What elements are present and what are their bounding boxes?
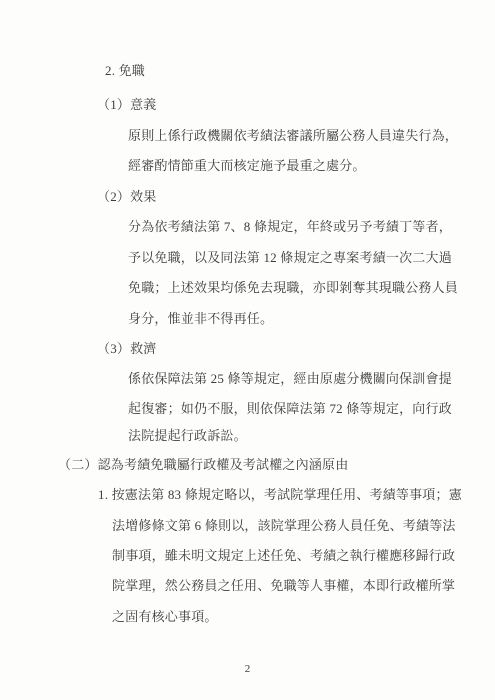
document-page: 2. 免職 （1）意義 原則上係行政機關依考績法審議所屬公務人員違失行為， 經審… [0, 0, 495, 700]
sub-heading: （3）救濟 [97, 341, 157, 356]
body-text-line: 予以免職，以及同法第 12 條規定之專案考績一次二大過 [128, 250, 452, 265]
sub-heading: （2）效果 [97, 189, 157, 204]
sub-heading: （1）意義 [97, 97, 157, 112]
body-text-line: 院掌理，然公務員之任用、免職等人事權，本即行政權所掌 [112, 578, 455, 593]
body-text-line: 經審酌情節重大而核定施予最重之處分。 [128, 158, 366, 173]
section-heading: （二）認為考績免職屬行政權及考試權之內涵原由 [58, 457, 348, 472]
body-text-line: 制事項，雖未明文規定上述任免、考績之執行權應移歸行政 [112, 548, 455, 563]
body-text-line: 法院提起行政訴訟。 [128, 428, 247, 443]
body-text-line: 之固有核心事項。 [112, 609, 218, 624]
body-text-line: 原則上係行政機關依考績法審議所屬公務人員違失行為， [128, 128, 458, 143]
body-text-line: 係依保障法第 25 條等規定，經由原處分機關向保訓會提 [128, 371, 452, 386]
body-text-line: 分為依考績法第 7、8 條規定，年終或另予考績丁等者， [128, 219, 452, 234]
numbered-paragraph: 1. 按憲法第 83 條規定略以，考試院掌理任用、考績等事項；憲 [98, 487, 462, 502]
body-text-line: 法增修條文第 6 條則以，該院掌理公務人員任免、考績等法 [112, 518, 456, 533]
page-number: 2 [0, 663, 495, 675]
body-text-line: 起復審；如仍不服，則依保障法第 72 條等規定，向行政 [128, 401, 452, 416]
body-text-line: 身分，惟並非不得再任。 [128, 311, 273, 326]
body-text-line: 免職；上述效果均係免去現職，亦即剝奪其現職公務人員 [128, 280, 458, 295]
numbered-heading: 2. 免職 [105, 63, 145, 78]
